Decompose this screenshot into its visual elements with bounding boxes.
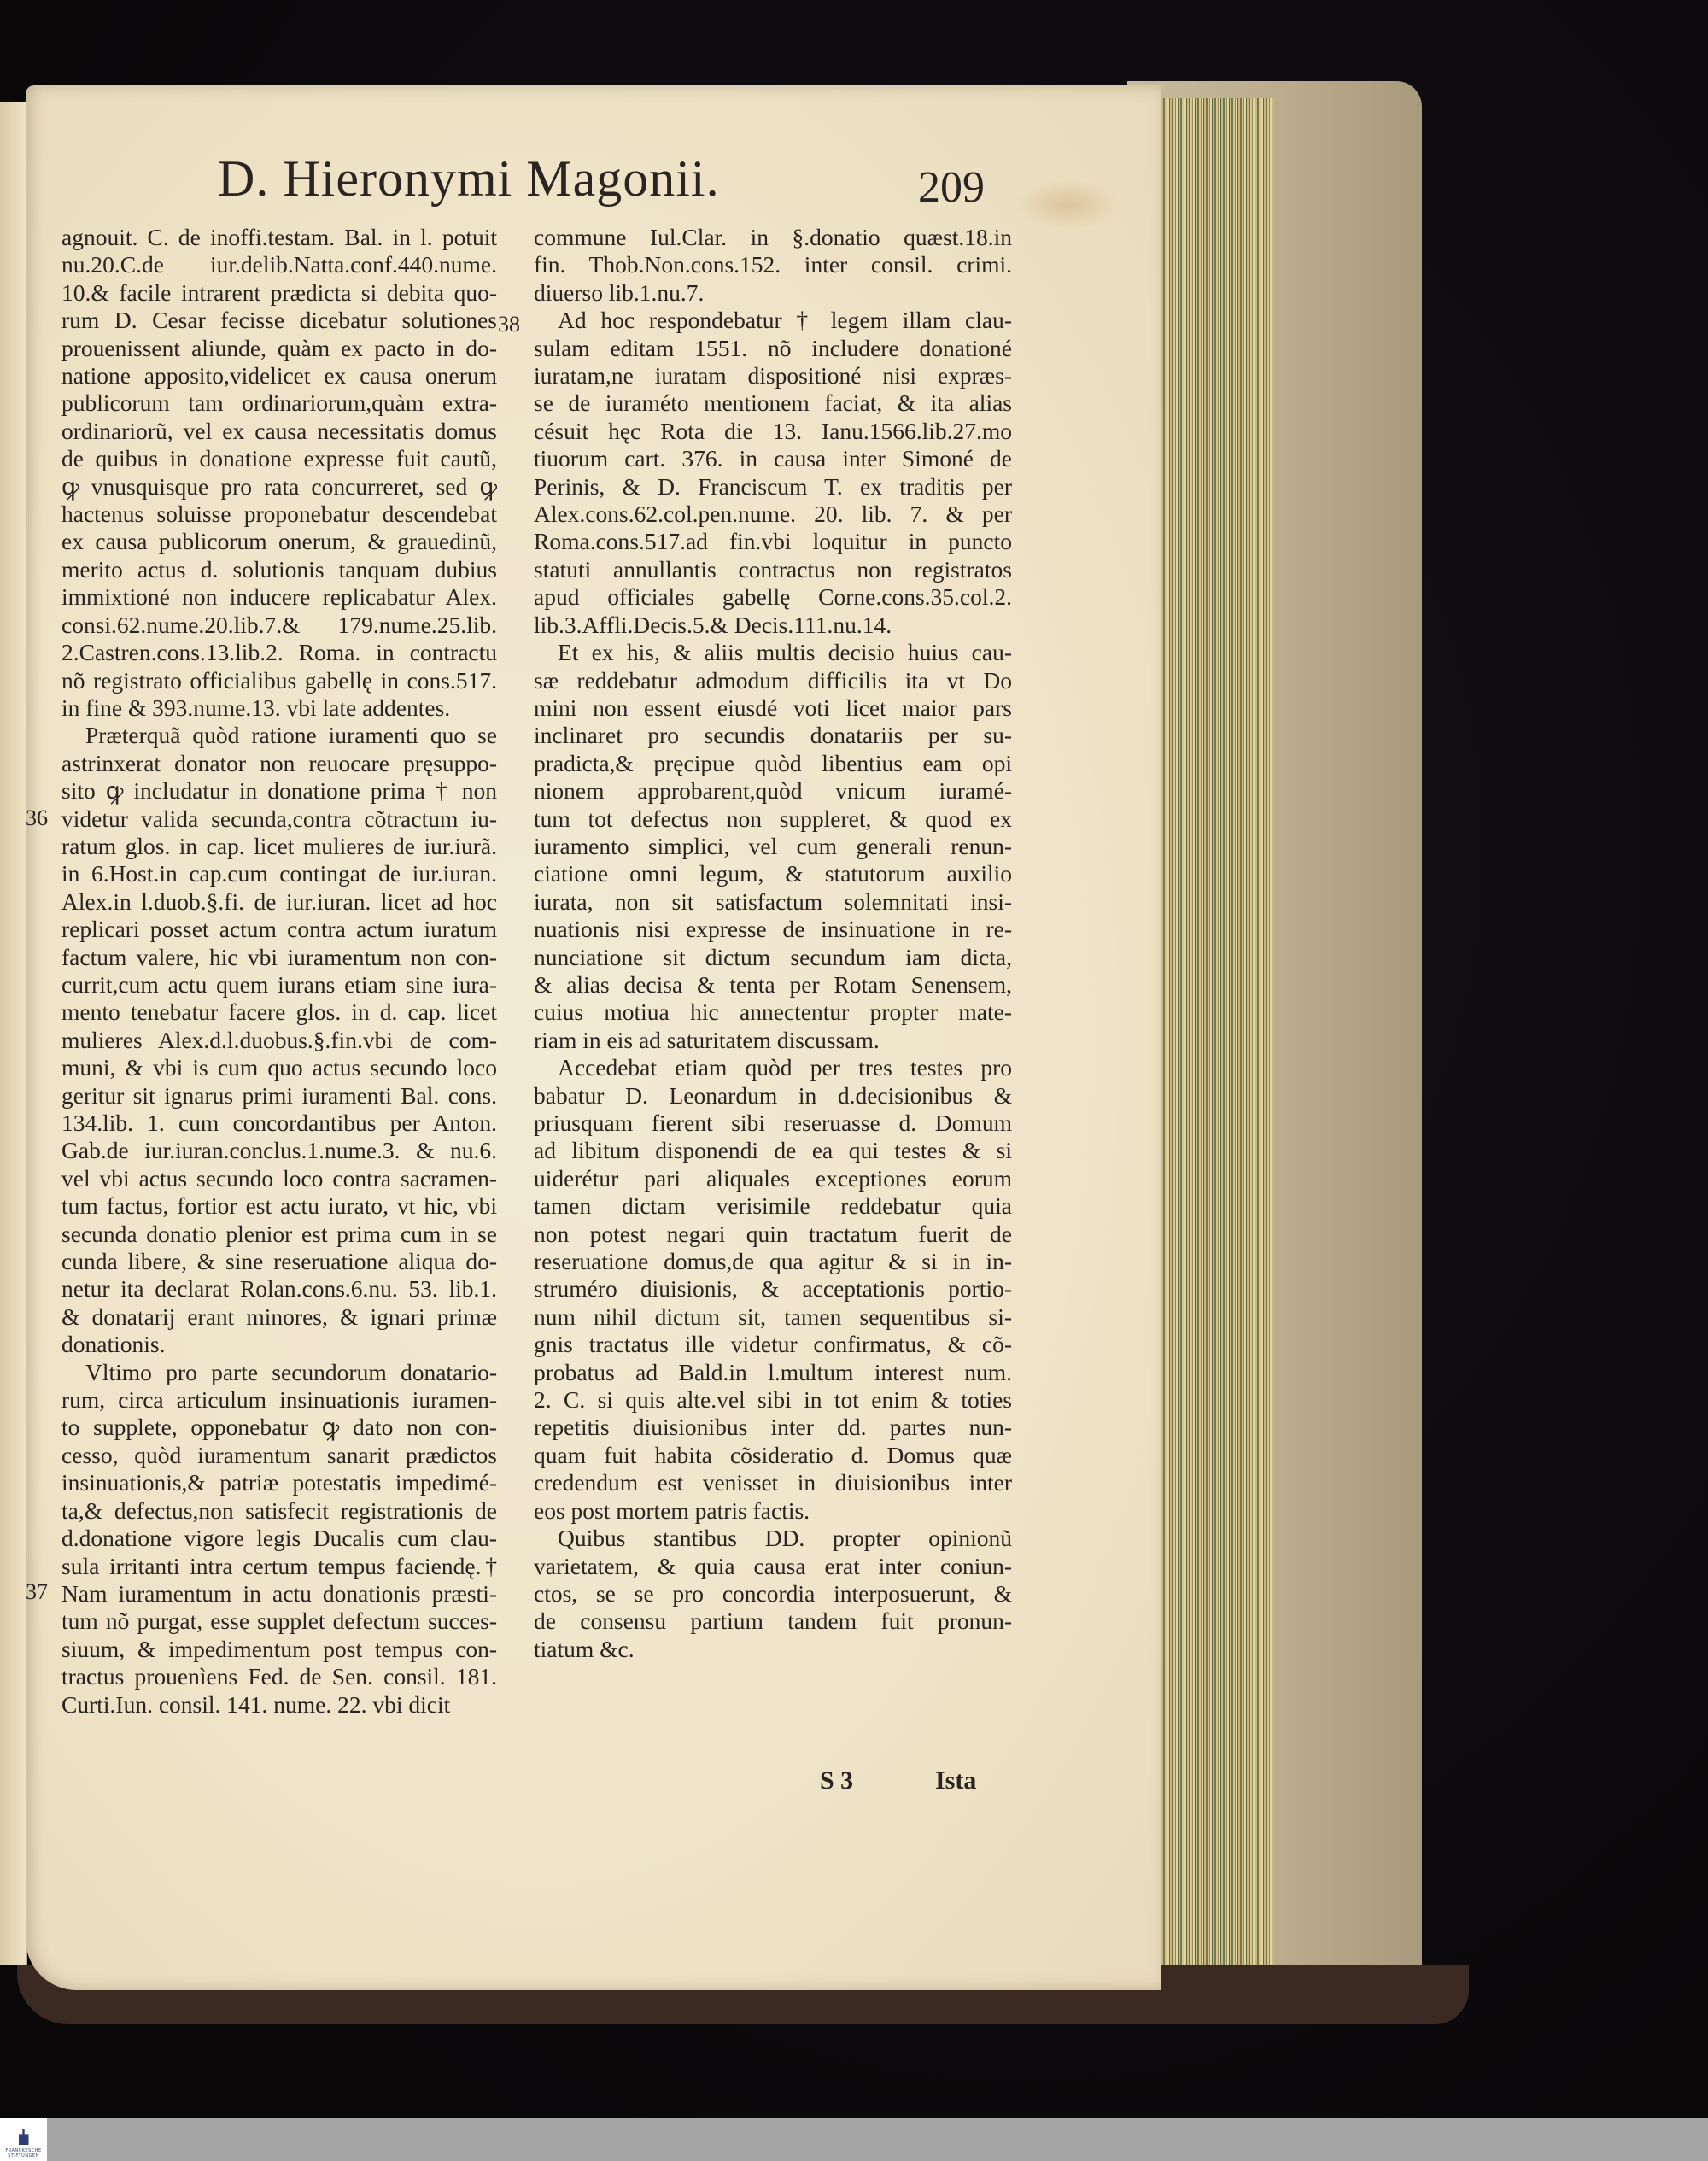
text-line: sulam editam 1551. nõ includere donation… — [534, 335, 1012, 362]
catchword: Ista — [935, 1766, 976, 1795]
text-line: agnouit. C. de inoffi.testam. Bal. in l.… — [61, 224, 497, 251]
text-line: siuum, & impedimentum post tempus con- — [61, 1636, 497, 1663]
text-line: 2.Castren.cons.13.lib.2. Roma. in contra… — [61, 639, 497, 666]
text-line: inclinaret pro secundis donatariis per s… — [534, 722, 1012, 749]
text-line: riam in eis ad saturitatem discussam. — [534, 1027, 1012, 1054]
viewer-footer-bar — [0, 2118, 1708, 2161]
text-line: uiderétur pari aliquales exceptiones eor… — [534, 1165, 1012, 1192]
text-line: Ad hoc respondebatur † legem illam clau- — [534, 307, 1012, 334]
text-line: iuratam,ne iuratam dispositioné nisi exp… — [534, 362, 1012, 389]
text-line: publicorum tam ordinariorum,quàm extra- — [61, 389, 497, 417]
margin-number: 38 — [498, 312, 520, 337]
text-line: gnis tractatus ille videtur confirmatus,… — [534, 1331, 1012, 1358]
text-line: ꝙ vnusquisque pro rata concurreret, sed … — [61, 473, 497, 501]
text-line: replicari posset actum contra actum iura… — [61, 916, 497, 943]
text-line: tum factus, fortior est actu iurato, vt … — [61, 1192, 497, 1220]
text-line: merito actus d. solutionis tanquam dubiu… — [61, 556, 497, 583]
text-line: tum tot defectus non suppleret, & quod e… — [534, 805, 1012, 833]
text-line: currit,cum actu quem iurans etiam sine i… — [61, 971, 497, 999]
text-line: mento tenebatur facere glos. in d. cap. … — [61, 999, 497, 1026]
text-line: nionem approbarent,quòd vnicum iuramé- — [534, 777, 1012, 805]
text-line: & alias decisa & tenta per Rotam Senense… — [534, 971, 1012, 999]
running-head: D. Hieronymi Magonii. — [218, 149, 720, 208]
text-line: nunciatione sit dictum secundum iam dict… — [534, 944, 1012, 971]
text-line: varietatem, & quia causa erat inter coni… — [534, 1553, 1012, 1580]
text-line: reseruatione domus,de qua agitur & si in… — [534, 1248, 1012, 1275]
text-line: tractus prouenìens Fed. de Sen. consil. … — [61, 1663, 497, 1690]
text-line: vel vbi actus secundo loco contra sacram… — [61, 1165, 497, 1192]
page-number: 209 — [918, 162, 985, 213]
signature-mark: S 3 — [820, 1766, 853, 1795]
text-line: Vltimo pro parte secundorum donatario- — [61, 1359, 497, 1386]
text-line: fin. Thob.Non.cons.152. inter consil. cr… — [534, 251, 1012, 278]
text-line: se de iuraméto mentionem faciat, & ita a… — [534, 389, 1012, 417]
text-line: Gab.de iur.iuran.conclus.1.nume.3. & nu.… — [61, 1137, 497, 1164]
text-line: ex causa publicorum onerum, & grauedinũ, — [61, 528, 497, 555]
text-line: diuerso lib.1.nu.7. — [534, 279, 1012, 307]
text-line: non potest negari quin tractatum fuerit … — [534, 1221, 1012, 1248]
text-line: nõ registrato officialibus gabellę in co… — [61, 667, 497, 694]
page-fore-edge — [1155, 98, 1274, 2003]
text-line: d.donatione vigore legis Ducalis cum cla… — [61, 1525, 497, 1552]
statue-icon — [19, 2129, 29, 2145]
text-line: consi.62.nume.20.lib.7.& 179.nume.25.lib… — [61, 612, 497, 639]
text-line: eos post mortem patris factis. — [534, 1497, 1012, 1525]
text-line: ciatione omni legum, & statutorum auxili… — [534, 860, 1012, 887]
text-line: mini non essent eiusdé voti licet maior … — [534, 694, 1012, 722]
text-line: ordinariorũ, vel ex causa necessitatis d… — [61, 418, 497, 445]
left-page-edge — [0, 102, 27, 1965]
text-line: in 6.Host.in cap.cum contingat de iur.iu… — [61, 860, 497, 887]
text-line: priusquam fierent sibi reseruasse d. Dom… — [534, 1110, 1012, 1137]
text-line: prouenissent aliunde, quàm ex pacto in d… — [61, 335, 497, 362]
text-line: lib.3.Affli.Decis.5.& Decis.111.nu.14. — [534, 612, 1012, 639]
text-line: in fine & 393.nume.13. vbi late addentes… — [61, 694, 497, 722]
text-line: nu.20.C.de iur.delib.Natta.conf.440.nume… — [61, 251, 497, 278]
right-text-column: commune Iul.Clar. in §.donatio quæst.18.… — [534, 224, 1012, 1663]
text-line: & donatarij erant minores, & ignari prim… — [61, 1303, 497, 1331]
text-line: natione apposito,videlicet ex causa oner… — [61, 362, 497, 389]
text-line: Perinis, & D. Franciscum T. ex traditis … — [534, 473, 1012, 501]
text-line: 2. C. si quis alte.vel sibi in tot enim … — [534, 1386, 1012, 1414]
text-line: ta,& defectus,non satisfecit registratio… — [61, 1497, 497, 1525]
text-line: commune Iul.Clar. in §.donatio quæst.18.… — [534, 224, 1012, 251]
text-line: Et ex his, & aliis multis decisio huius … — [534, 639, 1012, 666]
text-line: sæ reddebatur admodum difficilis ita vt … — [534, 667, 1012, 694]
text-line: secunda donatio plenior est prima cum in… — [61, 1221, 497, 1248]
text-line: muni, & vbi is cum quo actus secundo loc… — [61, 1054, 497, 1081]
text-line: cunda libere, & sine reseruatione aliqua… — [61, 1248, 497, 1275]
text-line: mulieres Alex.d.l.duobus.§.fin.vbi de co… — [61, 1027, 497, 1054]
text-line: Præterquã quòd ratione iuramenti quo se — [61, 722, 497, 749]
text-line: iurata, non sit satisfactum solemnitati … — [534, 888, 1012, 916]
text-line: ad libitum disponendi de ea qui testes &… — [534, 1137, 1012, 1164]
text-line: de quibus in donatione expresse fuit cau… — [61, 445, 497, 472]
paper-stain — [1016, 179, 1119, 231]
text-line: struméro diuisionis, & acceptationis por… — [534, 1275, 1012, 1303]
text-line: Alex.in l.duob.§.fi. de iur.iuran. licet… — [61, 888, 497, 916]
text-line: statuti annullantis contractus non regis… — [534, 556, 1012, 583]
text-line: tum nõ purgat, esse supplet defectum suc… — [61, 1608, 497, 1635]
text-line: ratum glos. in cap. licet mulieres de iu… — [61, 833, 497, 860]
text-line: Roma.cons.517.ad fin.vbi loquitur in pun… — [534, 528, 1012, 555]
text-line: donationis. — [61, 1331, 497, 1358]
text-line: sito ꝙ includatur in donatione prima † n… — [61, 777, 497, 805]
text-line: cesso, quòd iuramentum sanarit prædictos — [61, 1442, 497, 1469]
text-line: rum D. Cesar fecisse dicebatur solutione… — [61, 307, 497, 334]
text-line: geritur sit ignarus primi iuramenti Bal.… — [61, 1082, 497, 1110]
text-line: césuit hęc Rota die 13. Ianu.1566.lib.27… — [534, 418, 1012, 445]
text-line: babatur D. Leonardum in d.decisionibus & — [534, 1082, 1012, 1110]
text-line: quam fuit habita cõsideratio d. Domus qu… — [534, 1442, 1012, 1469]
text-line: pradicta,& pręcipue quòd libentius eam o… — [534, 750, 1012, 777]
text-line: Curti.Iun. consil. 141. nume. 22. vbi di… — [61, 1691, 497, 1719]
text-line: rum, circa articulum insinuationis iuram… — [61, 1386, 497, 1414]
text-line: cuius motiua hic annectentur propter mat… — [534, 999, 1012, 1026]
text-line: apud officiales gabellę Corne.cons.35.co… — [534, 583, 1012, 611]
text-line: immixtioné non inducere replicabatur Ale… — [61, 583, 497, 611]
text-line: de consensu partium tandem fuit pronun- — [534, 1608, 1012, 1635]
text-line: to supplete, opponebatur ꝙ dato non con- — [61, 1414, 497, 1441]
text-line: credendum est venisset in diuisionibus i… — [534, 1469, 1012, 1496]
text-line: Nam iuramentum in actu donationis præsti… — [61, 1580, 497, 1608]
text-line: tamen dictam verisimile reddebatur quia — [534, 1192, 1012, 1220]
text-line: tiatum &c. — [534, 1636, 1012, 1663]
margin-number: 37 — [26, 1579, 48, 1605]
text-line: 10.& facile intrarent prædicta si debita… — [61, 279, 497, 307]
text-line: astrinxerat donator non reuocare pręsupp… — [61, 750, 497, 777]
text-line: 134.lib. 1. cum concordantibus per Anton… — [61, 1110, 497, 1137]
text-line: factum valere, hic vbi iuramentum non co… — [61, 944, 497, 971]
text-line: netur ita declarat Rolan.cons.6.nu. 53. … — [61, 1275, 497, 1303]
text-line: probatus ad Bald.in l.multum interest nu… — [534, 1359, 1012, 1386]
text-line: ctos, se se pro concordia interposuerunt… — [534, 1580, 1012, 1608]
text-line: Accedebat etiam quòd per tres testes pro — [534, 1054, 1012, 1081]
margin-number: 36 — [26, 805, 48, 831]
text-line: repetitis diuisionibus inter dd. partes … — [534, 1414, 1012, 1441]
text-line: num nihil dictum sit, tamen sequentibus … — [534, 1303, 1012, 1331]
text-line: insinuationis,& patriæ potestatis impedi… — [61, 1469, 497, 1496]
text-line: iuramento simplici, vel cum generali ren… — [534, 833, 1012, 860]
text-line: hactenus soluisse proponebatur descendeb… — [61, 501, 497, 528]
institution-logo[interactable]: FRANCKESCHE STIFTUNGEN — [0, 2118, 47, 2161]
text-line: Quibus stantibus DD. propter opinionũ — [534, 1525, 1012, 1552]
left-text-column: agnouit. C. de inoffi.testam. Bal. in l.… — [61, 224, 497, 1719]
text-line: tiuorum cart. 376. in causa inter Simoné… — [534, 445, 1012, 472]
text-line: videtur valida secunda,contra cõtractum … — [61, 805, 497, 833]
text-line: nuationis nisi expresse de insinuatione … — [534, 916, 1012, 943]
logo-text: STIFTUNGEN — [8, 2153, 39, 2158]
text-line: sula irritanti intra certum tempus facie… — [61, 1553, 497, 1580]
text-line: Alex.cons.62.col.pen.nume. 20. lib. 7. &… — [534, 501, 1012, 528]
